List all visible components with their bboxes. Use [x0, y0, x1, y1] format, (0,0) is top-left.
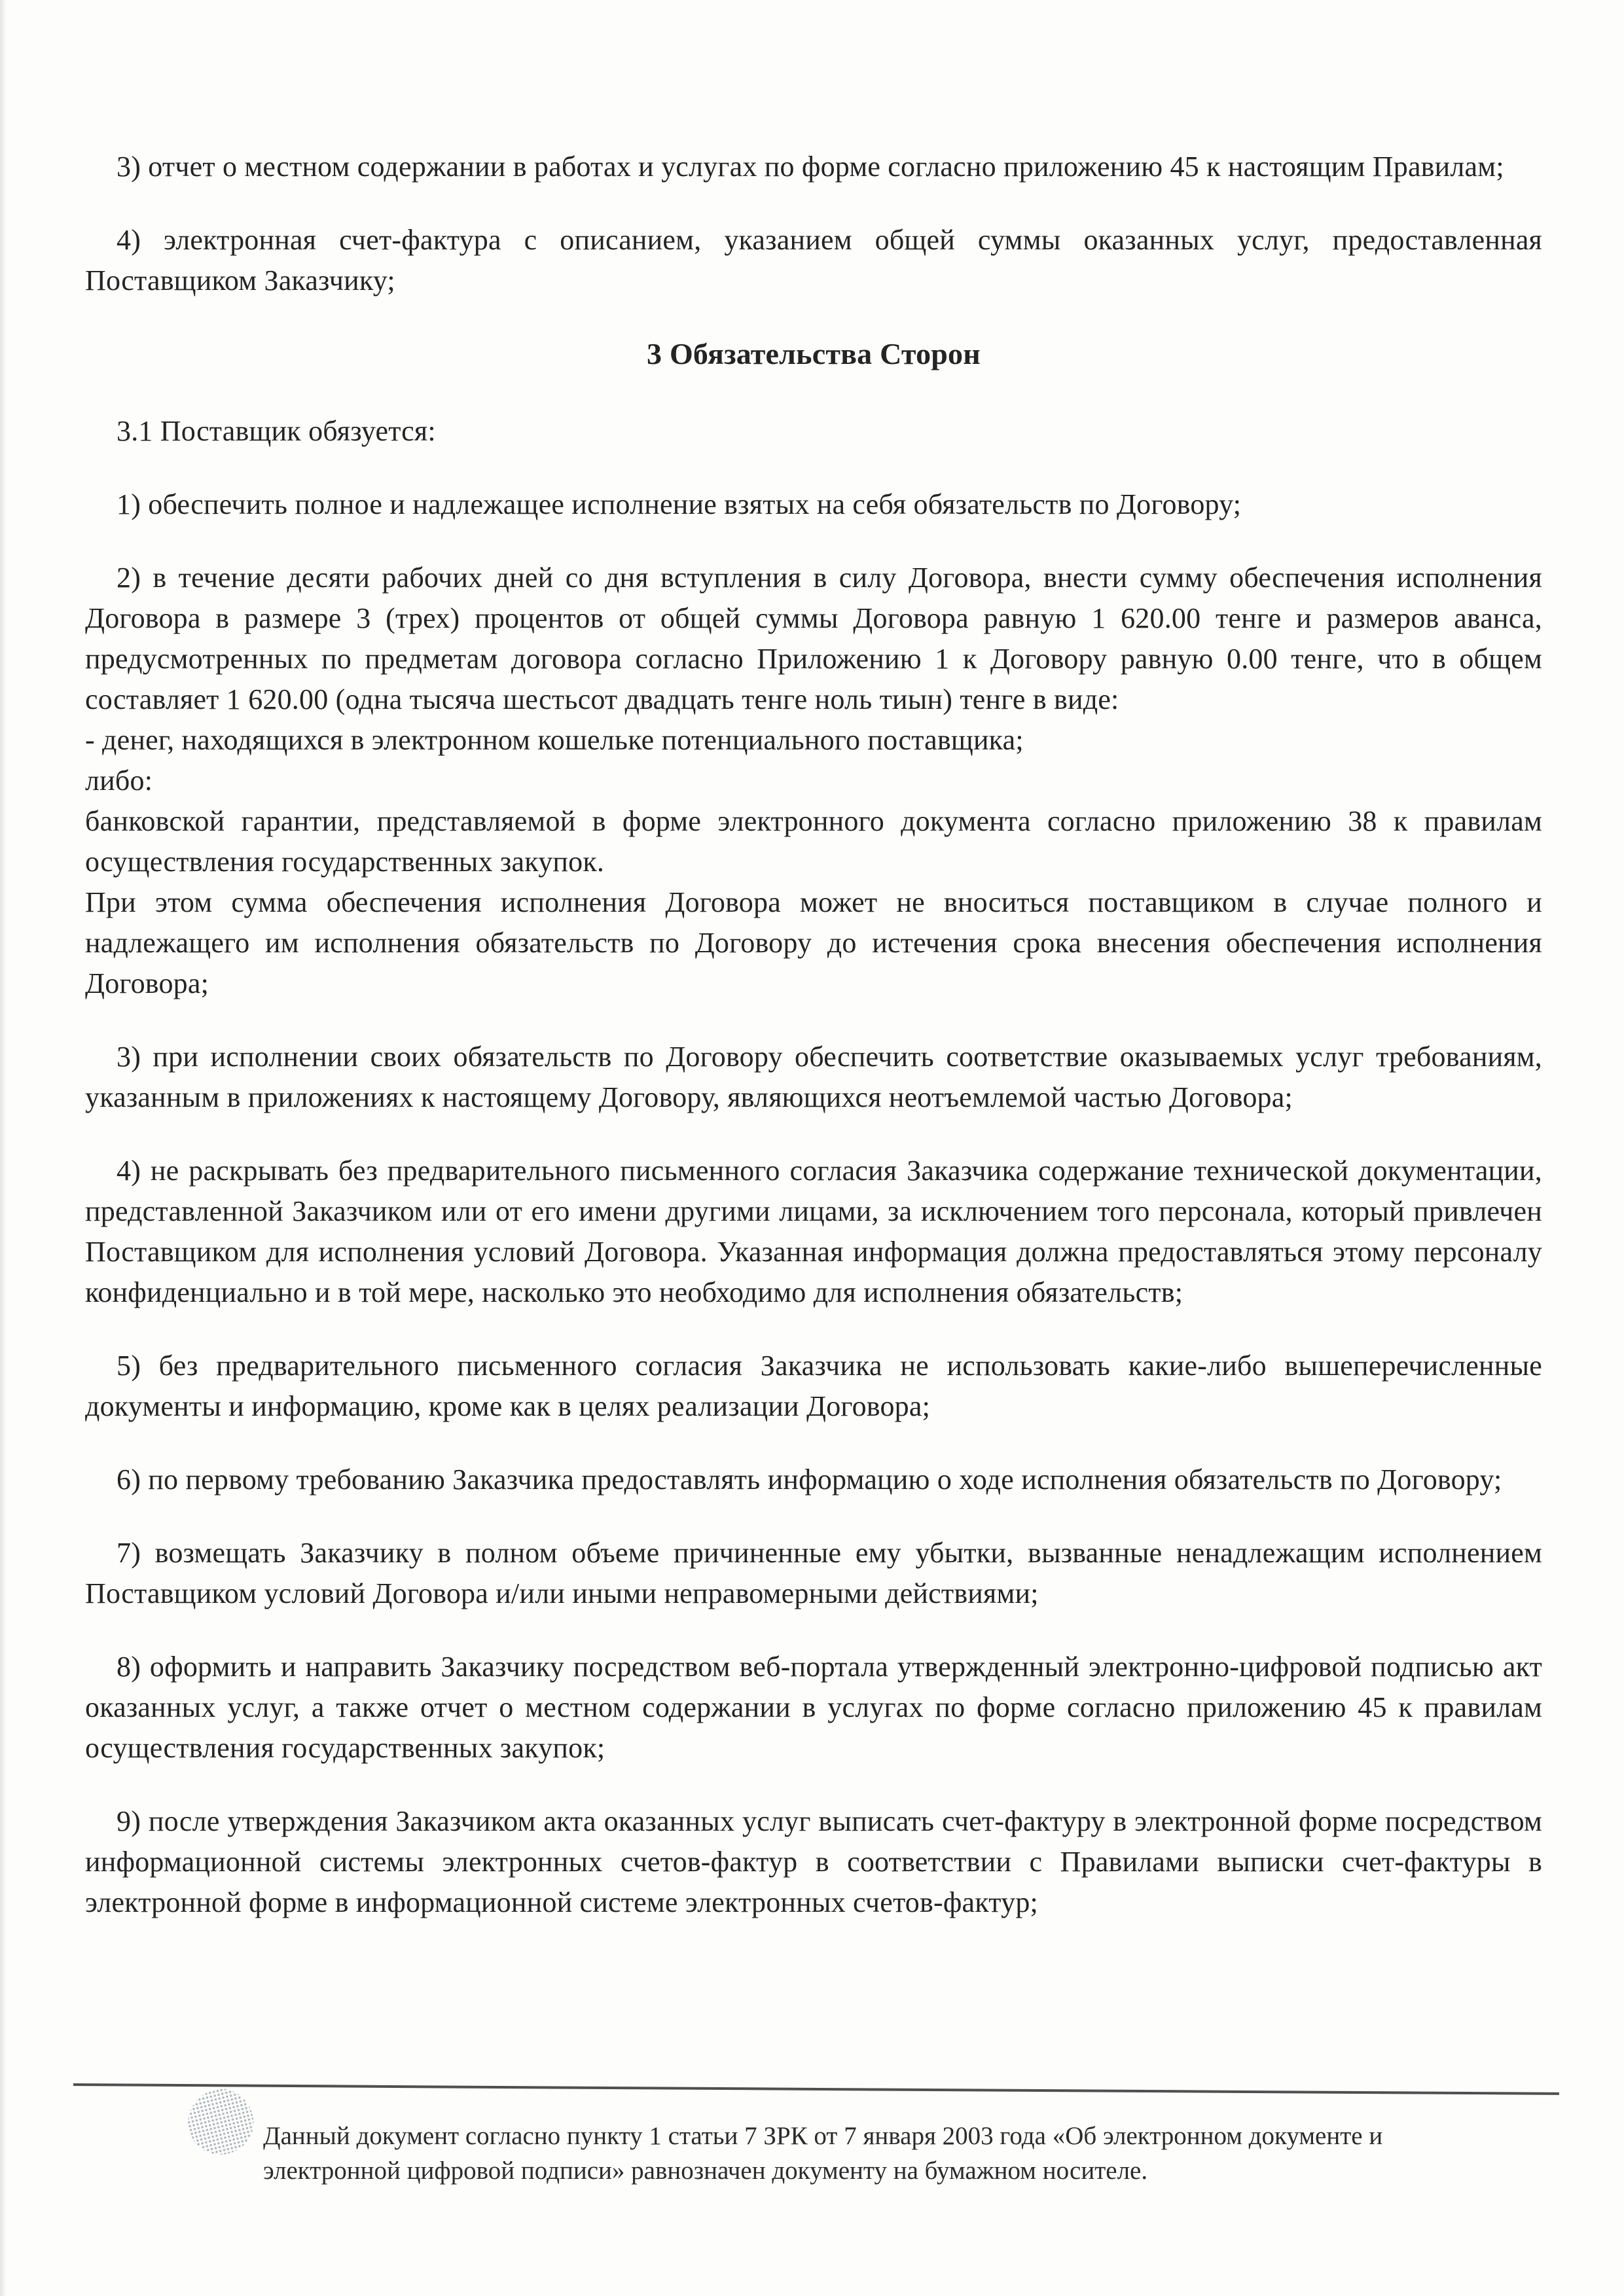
clause-obligation-4-confidentiality: 4) не раскрывать без предварительного пи…: [85, 1151, 1542, 1313]
clause-supplier-obliges: 3.1 Поставщик обязуется:: [85, 411, 1542, 452]
section-heading-obligations: 3 Обязательства Сторон: [85, 334, 1542, 374]
clause-obligation-3: 3) при исполнении своих обязательств по …: [85, 1037, 1542, 1118]
scanned-contract-page: 3) отчет о местном содержании в работах …: [0, 0, 1624, 2296]
contract-body: 3) отчет о местном содержании в работах …: [85, 147, 1542, 1956]
clause-obligation-1: 1) обеспечить полное и надлежащее исполн…: [85, 484, 1542, 525]
clause-obligation-2-security-deposit: 2) в течение десяти рабочих дней со дня …: [85, 558, 1542, 1004]
clause-obligation-6: 6) по первому требованию Заказчика предо…: [85, 1460, 1542, 1500]
clause-obligation-9-invoice-issue: 9) после утверждения Заказчиком акта ока…: [85, 1801, 1542, 1923]
clause-obligation-8-act-of-services: 8) оформить и направить Заказчику посред…: [85, 1647, 1542, 1768]
clause-obligation-5: 5) без предварительного письменного согл…: [85, 1346, 1542, 1427]
clause-report-local-content: 3) отчет о местном содержании в работах …: [85, 147, 1542, 187]
clause-electronic-invoice: 4) электронная счет-фактура с описанием,…: [85, 220, 1542, 301]
footer-divider-line: [73, 2083, 1559, 2095]
clause-obligation-7-damages: 7) возмещать Заказчику в полном объеме п…: [85, 1533, 1542, 1614]
electronic-signature-stamp-icon: [181, 2082, 260, 2161]
footer-legal-note: Данный документ согласно пункту 1 статьи…: [263, 2119, 1471, 2188]
